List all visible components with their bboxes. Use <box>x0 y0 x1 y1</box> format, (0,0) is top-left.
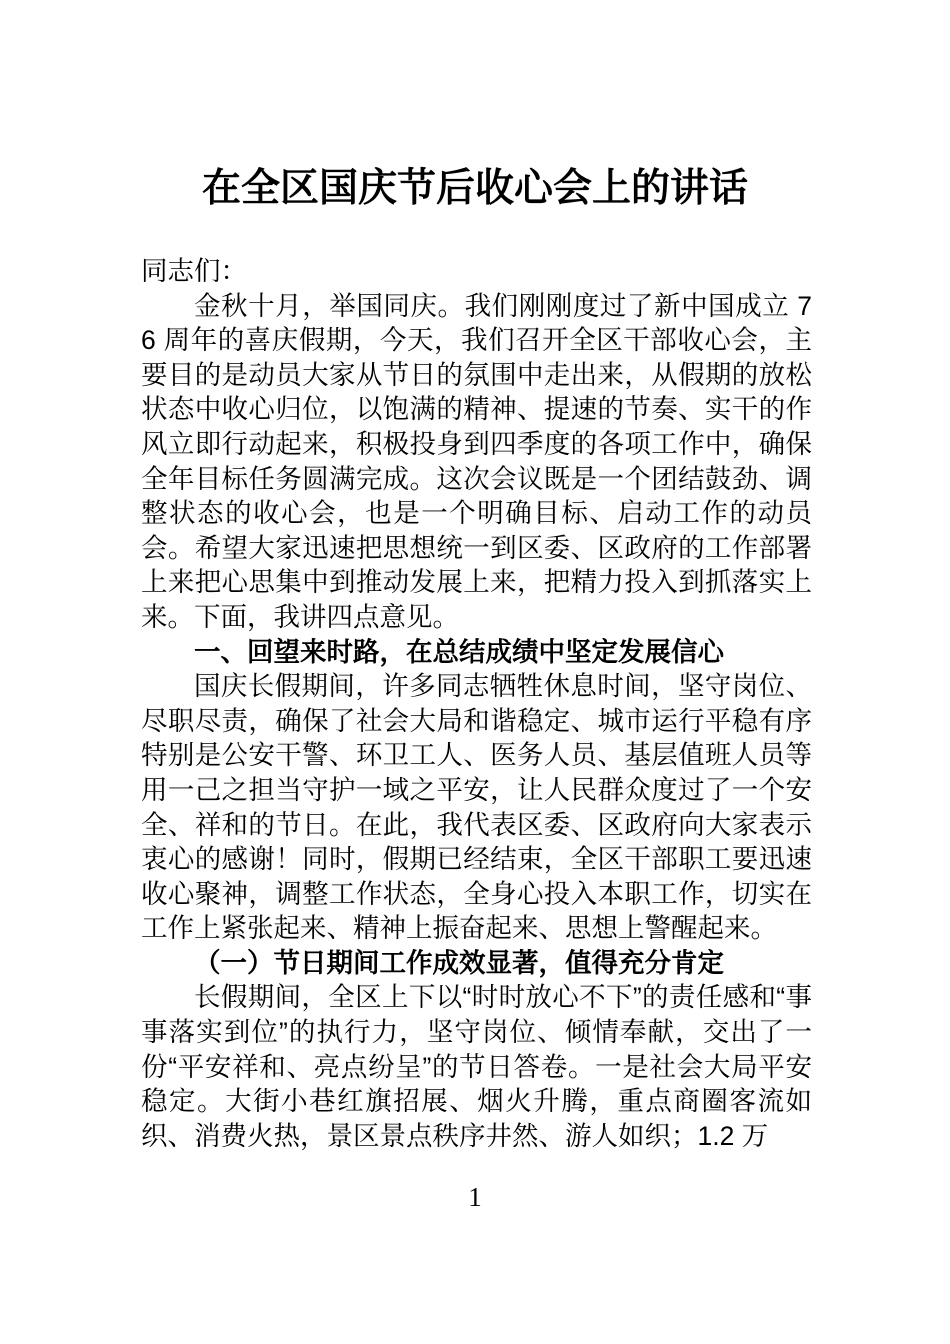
page-number: 1 <box>0 1180 950 1214</box>
subsection-1-heading: （一）节日期间工作成效显著，值得充分肯定 <box>141 946 812 981</box>
document-title: 在全区国庆节后收心会上的讲话 <box>0 162 950 216</box>
subsection-1-paragraph: 长假期间，全区上下以“时时放心不下”的责任感和“事事落实到位”的执行力，坚守岗位… <box>141 980 812 1153</box>
paragraph-intro: 金秋十月，举国同庆。我们刚刚度过了新中国成立 76 周年的喜庆假期，今天，我们召… <box>141 289 812 635</box>
document-page: 在全区国庆节后收心会上的讲话 同志们： 金秋十月，举国同庆。我们刚刚度过了新中国… <box>0 0 950 1344</box>
salutation: 同志们： <box>141 254 812 289</box>
document-body: 同志们： 金秋十月，举国同庆。我们刚刚度过了新中国成立 76 周年的喜庆假期，今… <box>141 254 812 1153</box>
section-1-paragraph: 国庆长假期间，许多同志牺牲休息时间，坚守岗位、尽职尽责，确保了社会大局和谐稳定、… <box>141 669 812 946</box>
section-1-heading: 一、回望来时路，在总结成绩中坚定发展信心 <box>141 635 812 670</box>
